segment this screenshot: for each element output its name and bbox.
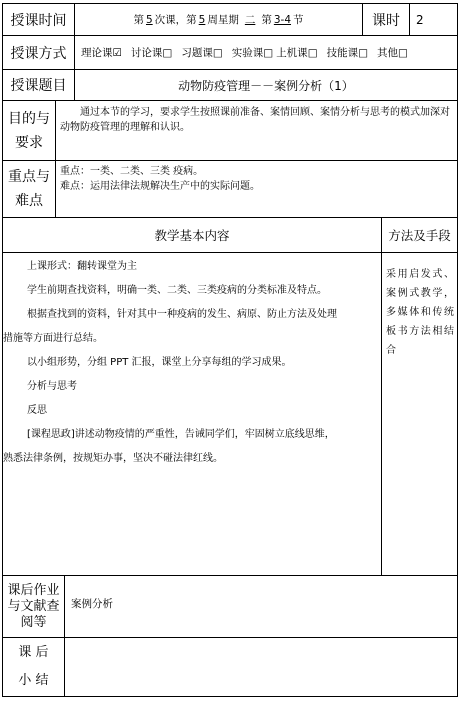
checkbox-checked-icon[interactable]: ☑ <box>113 47 122 59</box>
label-hours: 课时 <box>363 4 410 35</box>
content-header: 教学基本内容 <box>3 218 382 252</box>
summary-value[interactable] <box>65 638 457 696</box>
content-paragraph: 根据查找到的资料，针对其中一种疫病的发生、病原、防止方法及处理 <box>7 303 377 327</box>
weekday: 二 <box>239 12 262 27</box>
week-number: 5 <box>197 14 208 26</box>
label-line: 课后作业 <box>7 583 59 599</box>
option-skill[interactable]: 技能课□ <box>327 45 368 60</box>
label-mode: 授课方式 <box>3 36 75 69</box>
text-part: 周星期 <box>207 12 239 27</box>
row-key-points: 重点与 难点 重点：一类、二类、三类 疫病。 难点：运用法律法规解决生产中的实际… <box>3 161 457 218</box>
checkbox-icon[interactable]: □ <box>308 47 318 59</box>
method-body: 采用启发式、案例式教学，多媒体和传统板书方法相结合 <box>382 253 457 575</box>
label-line: 难点 <box>15 189 43 213</box>
option-label: 上机课 <box>276 47 308 59</box>
text-part: 第 <box>133 12 144 27</box>
label-line: 目的与 <box>8 107 50 131</box>
row-content: 上课形式：翻转课堂为主 学生前期查找资料，明确一类、二类、三类疫病的分类标准及特… <box>3 253 457 576</box>
label-line: 与文献查 <box>7 599 59 615</box>
row-summary: 课 后 小 结 <box>3 638 457 696</box>
option-label: 实验课 <box>232 47 264 59</box>
homework-value: 案例分析 <box>65 576 457 637</box>
content-paragraph: 措施等方面进行总结。 <box>3 327 377 351</box>
lesson-plan-table: 授课时间 第5次课，第5周星期二第3-4节 课时 2 授课方式 理论课☑ 讨论课… <box>2 3 458 697</box>
key-points-text: 重点：一类、二类、三类 疫病。 难点：运用法律法规解决生产中的实际问题。 <box>56 161 457 217</box>
key-point: 重点：一类、二类、三类 疫病。 <box>60 164 453 179</box>
row-content-header: 教学基本内容 方法及手段 <box>3 218 457 253</box>
content-paragraph: 学生前期查找资料，明确一类、二类、三类疫病的分类标准及特点。 <box>7 279 377 303</box>
label-line: 重点与 <box>8 165 50 189</box>
time-value: 第5次课，第5周星期二第3-4节 <box>75 4 363 35</box>
checkbox-icon[interactable]: □ <box>358 47 368 59</box>
mode-options: 理论课☑ 讨论课□ 习题课□ 实验课□ 上机课□ 技能课□ 其他□ <box>75 36 457 69</box>
option-other[interactable]: 其他□ <box>377 45 408 60</box>
option-label: 习题课 <box>181 47 213 59</box>
row-goal: 目的与 要求 通过本节的学习，要求学生按照课前准备、案情回顾、案情分析与思考的模… <box>3 101 457 161</box>
periods: 3-4 <box>272 14 293 26</box>
option-computer[interactable]: 上机课□ <box>276 45 317 60</box>
row-topic: 授课题目 动物防疫管理－－案例分析（1） <box>3 70 457 101</box>
method-header: 方法及手段 <box>382 218 457 252</box>
checkbox-icon[interactable]: □ <box>263 47 273 59</box>
text-part: 次课，第 <box>155 12 197 27</box>
text-part: 节 <box>293 12 304 27</box>
label-line: 阅等 <box>20 615 46 631</box>
option-label: 其他 <box>377 47 398 59</box>
checkbox-icon[interactable]: □ <box>213 47 223 59</box>
row-time: 授课时间 第5次课，第5周星期二第3-4节 课时 2 <box>3 4 457 36</box>
checkbox-icon[interactable]: □ <box>398 47 408 59</box>
hours-value: 2 <box>410 4 457 35</box>
content-body: 上课形式：翻转课堂为主 学生前期查找资料，明确一类、二类、三类疫病的分类标准及特… <box>3 253 382 575</box>
text-part: 第 <box>261 12 272 27</box>
goal-text: 通过本节的学习，要求学生按照课前准备、案情回顾、案情分析与思考的模式加深对动物防… <box>56 101 457 160</box>
label-homework: 课后作业 与文献查 阅等 <box>3 576 65 637</box>
label-key-points: 重点与 难点 <box>3 161 56 217</box>
label-time: 授课时间 <box>3 4 75 35</box>
option-label: 理论课 <box>81 47 113 59</box>
option-exercise[interactable]: 习题课□ <box>181 45 222 60</box>
topic-value: 动物防疫管理－－案例分析（1） <box>75 70 457 100</box>
content-paragraph: [课程思政]讲述动物疫情的严重性，告诫同学们，牢固树立底线思维， <box>7 423 377 447</box>
option-discussion[interactable]: 讨论课□ <box>131 45 172 60</box>
content-paragraph: 熟悉法律条例，按规矩办事，坚决不碰法律红线。 <box>3 447 377 471</box>
label-line: 课 后 <box>18 639 48 667</box>
session-number: 5 <box>144 14 155 26</box>
difficulty: 难点：运用法律法规解决生产中的实际问题。 <box>60 179 453 194</box>
checkbox-icon[interactable]: □ <box>162 47 172 59</box>
label-summary: 课 后 小 结 <box>3 638 65 696</box>
content-paragraph: 以小组形势，分组 PPT 汇报，课堂上分享每组的学习成果。 <box>7 351 377 375</box>
option-label: 技能课 <box>327 47 359 59</box>
row-homework: 课后作业 与文献查 阅等 案例分析 <box>3 576 457 638</box>
content-paragraph: 分析与思考 <box>7 375 377 399</box>
label-line: 要求 <box>15 131 43 155</box>
content-paragraph: 反思 <box>7 399 377 423</box>
content-paragraph: 上课形式：翻转课堂为主 <box>7 255 377 279</box>
label-topic: 授课题目 <box>3 70 75 100</box>
row-mode: 授课方式 理论课☑ 讨论课□ 习题课□ 实验课□ 上机课□ 技能课□ 其他□ <box>3 36 457 70</box>
option-label: 讨论课 <box>131 47 163 59</box>
option-theory[interactable]: 理论课☑ <box>81 45 122 60</box>
label-line: 小 结 <box>18 667 48 695</box>
label-goal: 目的与 要求 <box>3 101 56 160</box>
option-lab[interactable]: 实验课□ <box>232 45 273 60</box>
